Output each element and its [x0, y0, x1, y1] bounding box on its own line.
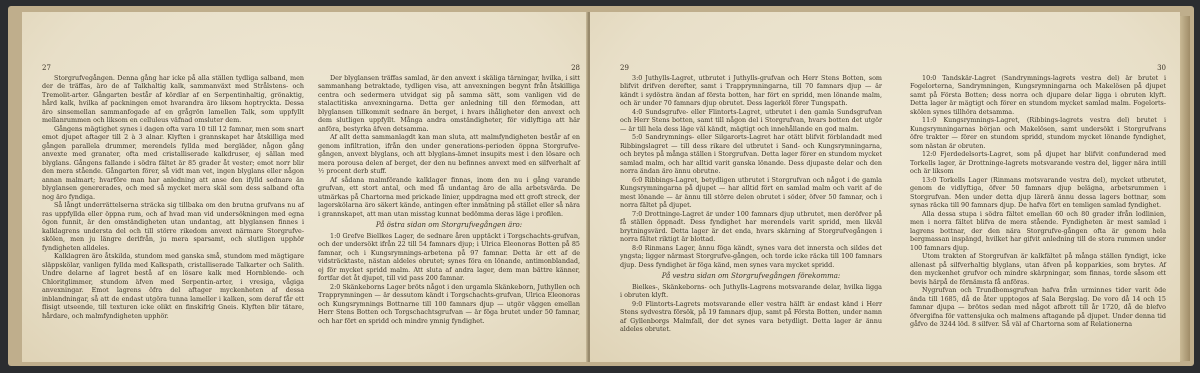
paragraph: Nygrufvan och Trundbomsgrufvan hafva frå… — [910, 286, 1166, 329]
paragraph: 3:0 Juthylls-Lagret, utbrutet i Juthylls… — [620, 74, 882, 108]
section-heading: På vestra sidan om Storgrufvegången före… — [620, 272, 882, 281]
paragraph: 10:0 Tandskär-Lagret (Sandrymnings-lagre… — [910, 74, 1166, 117]
paragraph: 9:0 Flintorts-Lagrets motsvarande eller … — [620, 300, 882, 334]
page-29: 29 3:0 Juthylls-Lagret, utbrutet i Juthy… — [620, 64, 882, 334]
paragraph: Der blyglansen träffas samlad, är den an… — [318, 74, 580, 134]
paragraph: 4:0 Sundsgrufve- eller Flintorts-Lagret,… — [620, 108, 882, 134]
paragraph: 12:0 Fjerdedelsorts-Lagret, som på djupe… — [910, 150, 1166, 176]
page-27: 27 Storgrufvegången. Denna gång har icke… — [42, 64, 304, 320]
page-number: 29 — [620, 64, 882, 73]
paragraph: 13:0 Torkells Lager (Rinmans motsvarande… — [910, 176, 1166, 210]
paragraph: 7:0 Drottninge-Lagret är under 100 famna… — [620, 210, 882, 244]
page-edge — [1180, 16, 1190, 361]
paragraph: Alla dessa stupa i södra fältet emellan … — [910, 210, 1166, 253]
paragraph: Bielkes-, Skänkeborns- och Juthylls-Lagr… — [620, 283, 882, 300]
paragraph: 6:0 Ribbings-Lagret, betydligen utbrutet… — [620, 176, 882, 210]
paragraph: 8:0 Rinmans Lager, ännu föga kändt, syne… — [620, 244, 882, 270]
right-leaf: 29 3:0 Juthylls-Lagret, utbrutet i Juthy… — [590, 12, 1180, 362]
paragraph: Utom trakten af Storgrufvan är kalkfälte… — [910, 252, 1166, 286]
paragraph: Gångens mägtighet synes i dagen ofta var… — [42, 125, 304, 202]
page-28: 28 Der blyglansen träffas samlad, är den… — [318, 64, 580, 325]
book-spread: 27 Storgrufvegången. Denna gång har icke… — [8, 6, 1194, 366]
page-number: 30 — [910, 64, 1166, 73]
page-number: 27 — [42, 64, 304, 73]
left-leaf: 27 Storgrufvegången. Denna gång har icke… — [22, 12, 589, 362]
paragraph: 5:0 Sandrymnings- eller Silgarorts-Lagre… — [620, 133, 882, 176]
page-30: 30 10:0 Tandskär-Lagret (Sandrymnings-la… — [910, 64, 1166, 329]
paragraph: Kalklagren äro åtskilda, stundom med gan… — [42, 252, 304, 320]
paragraph: Af sådana malmförande kalklager finnas, … — [318, 176, 580, 219]
paragraph: 1:0 Grefve Biellkes Lager, de sednare år… — [318, 232, 580, 283]
page-number: 28 — [318, 64, 580, 73]
paragraph: 11:0 Kungsrymnings-Lagret, (Ribbings-lag… — [910, 116, 1166, 150]
paragraph: Storgrufvegången. Denna gång har icke på… — [42, 74, 304, 125]
paragraph: 2:0 Skänkeborns Lager bröts något i den … — [318, 283, 580, 326]
section-heading: På östra sidan om Storgrufvegången äro: — [318, 221, 580, 230]
paragraph: Af allt detta sammanlagdt kan man sluta,… — [318, 133, 580, 176]
paragraph: Så långt underrättelserna sträcka sig ti… — [42, 201, 304, 252]
